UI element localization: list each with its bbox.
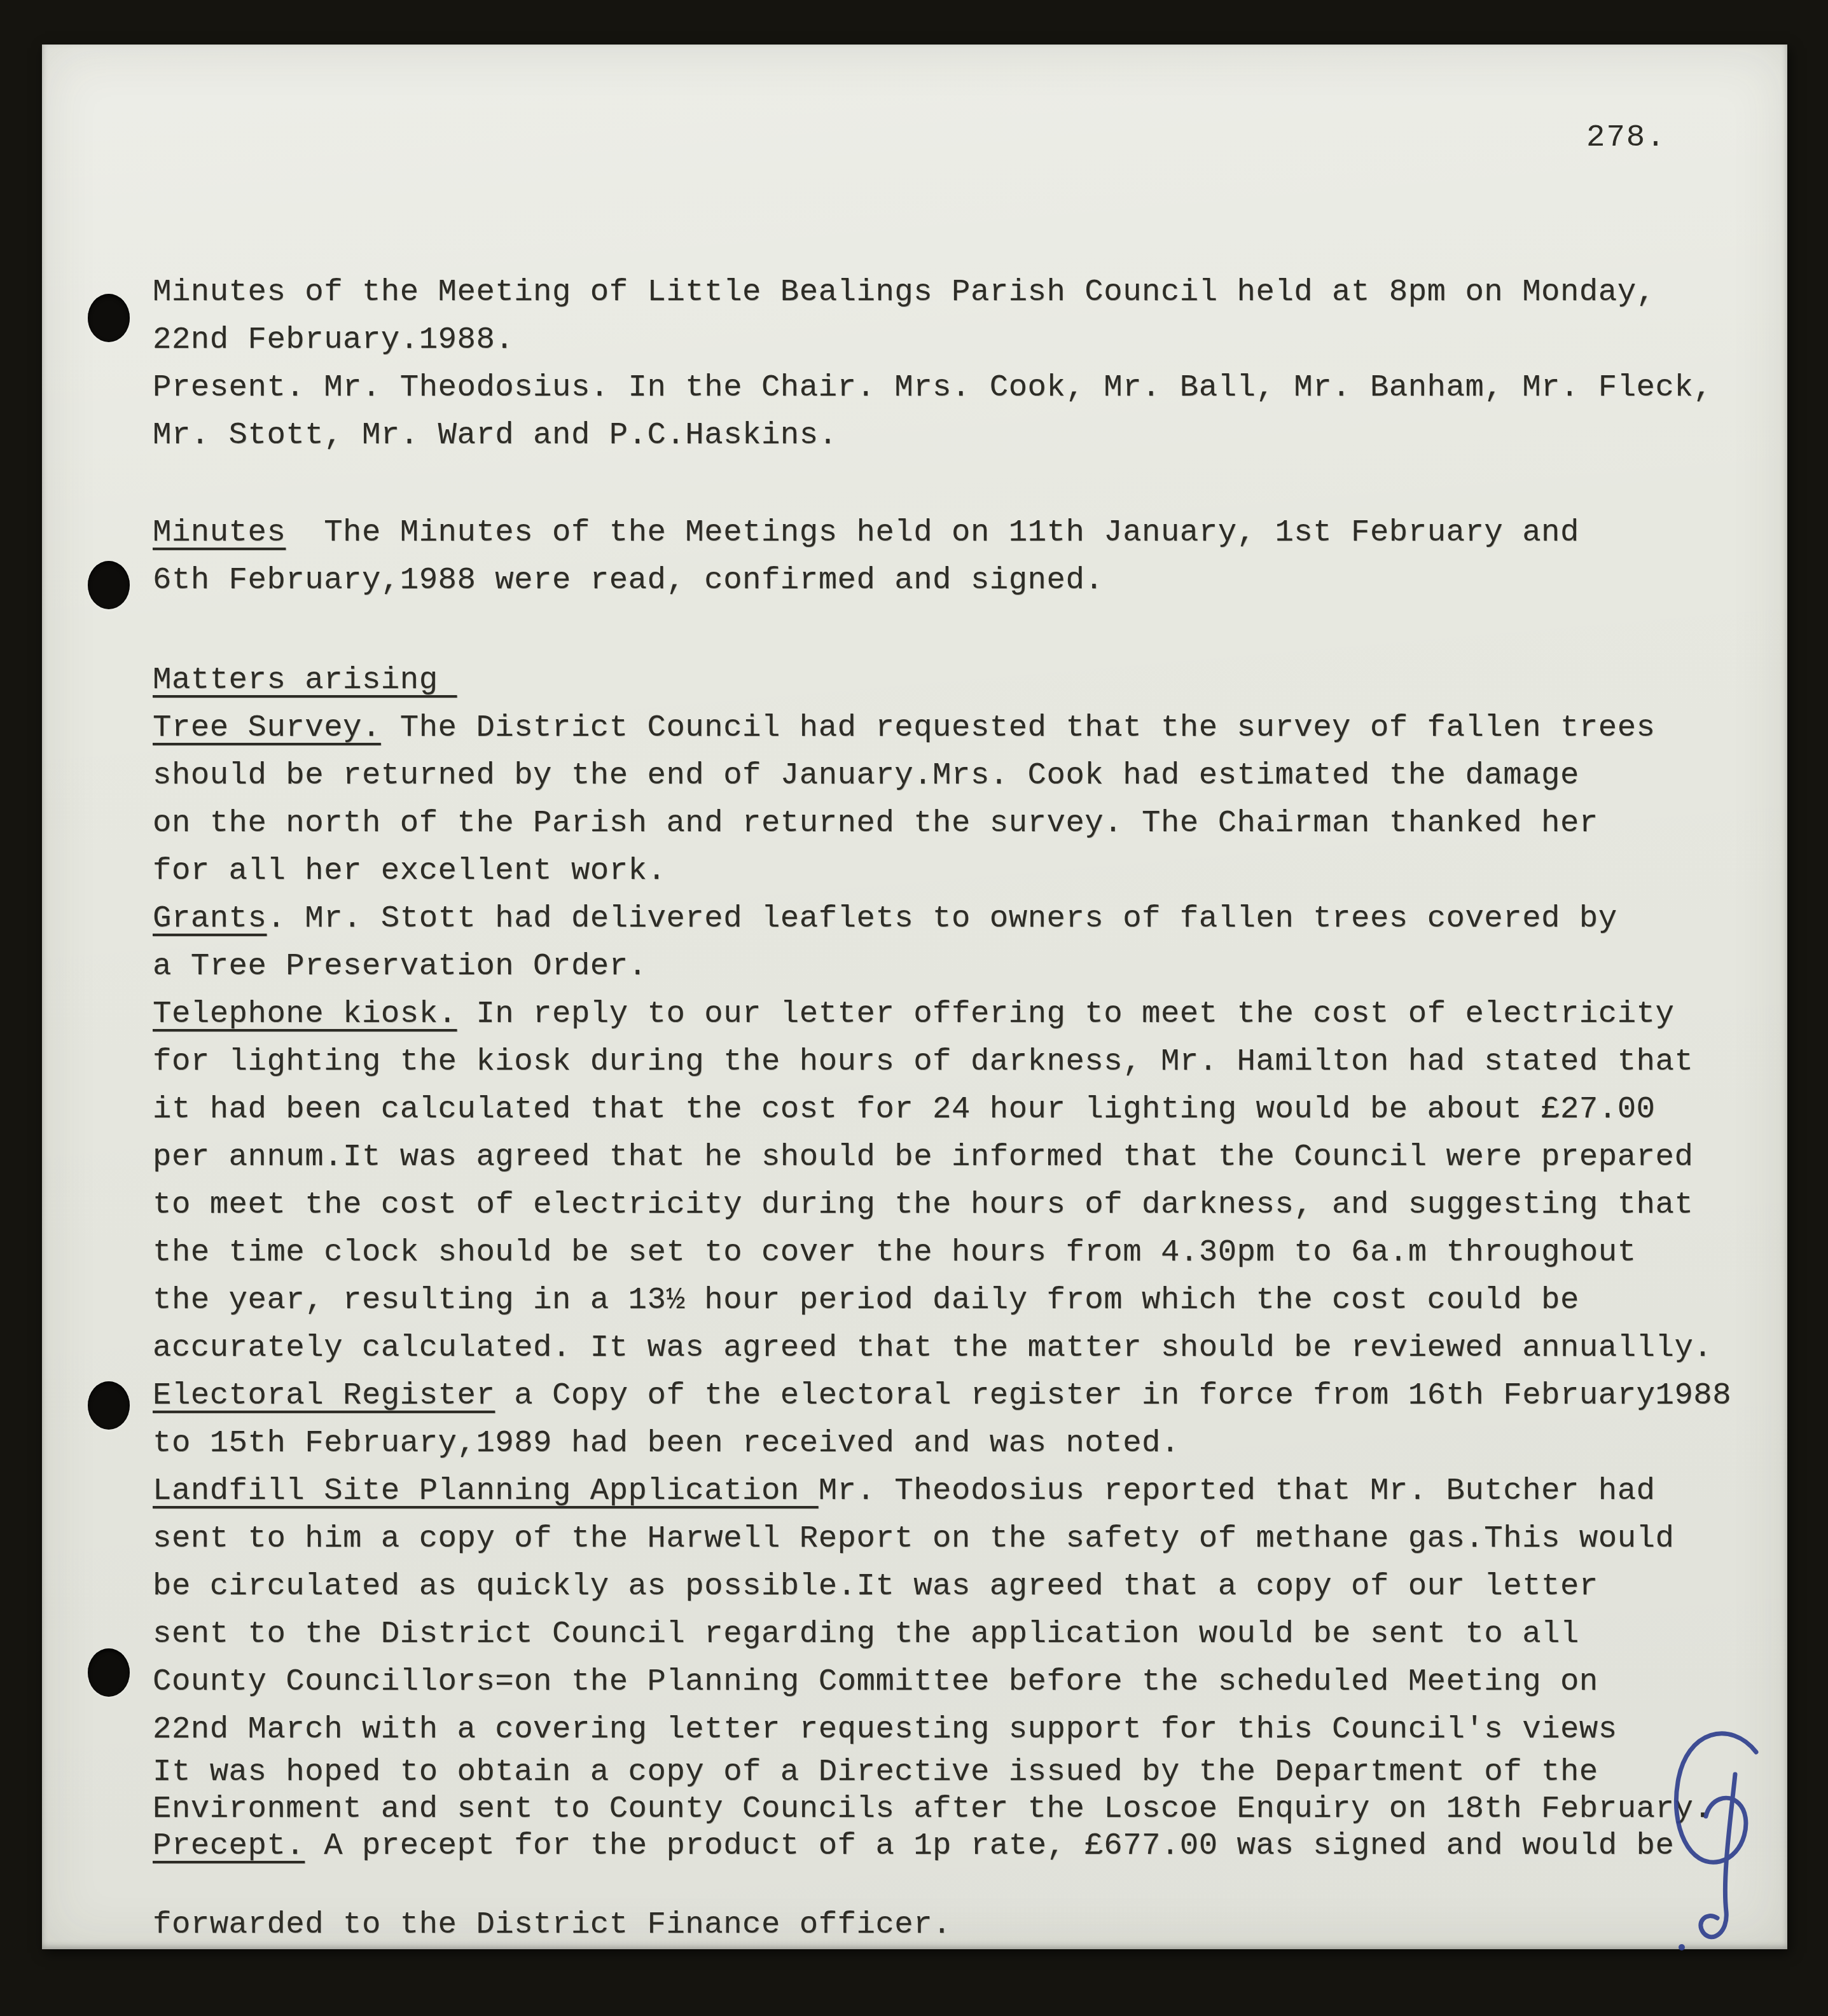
document-line: Electoral Register a Copy of the elector… [153,1372,1781,1419]
line-text: 22nd February.1988. [153,322,514,357]
document-line: for all her excellent work. [153,847,1781,895]
scanned-paper-sheet: 278. Minutes of the Meeting of Little Be… [42,45,1787,1949]
document-line: County Councillors=on the Planning Commi… [153,1658,1781,1706]
line-text: Mr. Stott, Mr. Ward and P.C.Haskins. [153,417,838,453]
punch-hole [88,561,130,609]
line-text: The District Council had requested that … [381,710,1656,745]
document-line: Precept. A precept for the product of a … [153,1827,1781,1864]
page-number: 278. [1586,120,1666,155]
scanned-page-background: { "page": { "number": "278." }, "scan": … [0,0,1828,2016]
line-text: for lighting the kiosk during the hours … [153,1044,1693,1079]
document-body: Minutes of the Meeting of Little Bealing… [153,268,1781,1949]
document-line: to 15th February,1989 had been received … [153,1419,1781,1467]
document-line: Tree Survey. The District Council had re… [153,704,1781,752]
section-heading: Tree Survey. [153,710,381,745]
document-line: for lighting the kiosk during the hours … [153,1038,1781,1086]
line-text: Minutes of the Meeting of Little Bealing… [153,274,1655,310]
line-text: for all her excellent work. [153,853,666,888]
line-text: A precept for the product of a 1p rate, … [305,1828,1674,1863]
document-line: should be returned by the end of January… [153,752,1781,799]
section-heading: Grants [153,901,267,936]
document-line: Mr. Stott, Mr. Ward and P.C.Haskins. [153,411,1781,459]
document-line: Matters arising [153,656,1781,704]
section-heading: Precept. [153,1828,305,1863]
punch-hole [88,1381,130,1430]
section-heading: Electoral Register [153,1377,495,1413]
document-line: Landfill Site Planning Application Mr. T… [153,1467,1781,1515]
document-line: 22nd February.1988. [153,316,1781,364]
line-text: forwarded to the District Finance office… [153,1907,952,1942]
document-line: to meet the cost of electricity during t… [153,1181,1781,1229]
line-text: it had been calculated that the cost for… [153,1091,1655,1127]
document-line: the year, resulting in a 13½ hour period… [153,1276,1781,1324]
document-line: be circulated as quickly as possible.It … [153,1563,1781,1610]
line-text: Present. Mr. Theodosius. In the Chair. M… [153,369,1712,405]
document-line: Present. Mr. Theodosius. In the Chair. M… [153,364,1781,411]
document-line: a Tree Preservation Order. [153,942,1781,990]
line-text: a Copy of the electoral register in forc… [495,1377,1731,1413]
line-text: to meet the cost of electricity during t… [153,1187,1693,1222]
section-heading: Matters arising [153,662,457,698]
line-text: sent to the District Council regarding t… [153,1616,1579,1652]
line-text: Environment and sent to County Councils … [153,1791,1712,1826]
document-line: It was hoped to obtain a copy of a Direc… [153,1753,1781,1790]
document-line: 6th February,1988 were read, confirmed a… [153,556,1781,604]
section-heading: Landfill Site Planning Application [153,1473,819,1509]
line-text: sent to him a copy of the Harwell Report… [153,1521,1674,1556]
line-text: In reply to our letter offering to meet … [457,996,1674,1032]
document-line: Minutes The Minutes of the Meetings held… [153,509,1781,556]
document-line: on the north of the Parish and returned … [153,799,1781,847]
line-text: It was hoped to obtain a copy of a Direc… [153,1754,1598,1790]
document-line: accurately calculated. It was agreed tha… [153,1324,1781,1372]
section-heading: Minutes [153,514,286,550]
document-line: the time clock should be set to cover th… [153,1229,1781,1276]
line-text: accurately calculated. It was agreed tha… [153,1330,1712,1365]
document-line: per annum.It was agreed that he should b… [153,1133,1781,1181]
document-line: Grants. Mr. Stott had delivered leaflets… [153,895,1781,942]
line-text: The Minutes of the Meetings held on 11th… [286,514,1579,550]
document-line: sent to the District Council regarding t… [153,1610,1781,1658]
document-line: Minutes of the Meeting of Little Bealing… [153,268,1781,316]
line-text: per annum.It was agreed that he should b… [153,1139,1693,1175]
document-line: it had been calculated that the cost for… [153,1086,1781,1133]
line-text: to 15th February,1989 had been received … [153,1425,1180,1461]
line-text: on the north of the Parish and returned … [153,805,1598,841]
document-line: Telephone kiosk. In reply to our letter … [153,990,1781,1038]
line-text: Mr. Theodosius reported that Mr. Butcher… [819,1473,1656,1509]
document-line: Environment and sent to County Councils … [153,1790,1781,1827]
line-text: County Councillors=on the Planning Commi… [153,1664,1598,1699]
document-line: sent to him a copy of the Harwell Report… [153,1515,1781,1563]
document-line: forwarded to the District Finance office… [153,1901,1781,1949]
line-text: . Mr. Stott had delivered leaflets to ow… [267,901,1617,936]
line-text: 22nd March with a covering letter reques… [153,1711,1617,1747]
line-text: should be returned by the end of January… [153,757,1579,793]
line-text: 6th February,1988 were read, confirmed a… [153,562,1104,598]
section-heading: Telephone kiosk. [153,996,457,1032]
punch-hole [88,294,130,342]
document-line: 22nd March with a covering letter reques… [153,1706,1781,1753]
line-text: the year, resulting in a 13½ hour period… [153,1282,1579,1318]
line-text: be circulated as quickly as possible.It … [153,1568,1598,1604]
punch-hole [88,1648,130,1697]
line-text: a Tree Preservation Order. [153,948,647,984]
line-text: the time clock should be set to cover th… [153,1234,1637,1270]
